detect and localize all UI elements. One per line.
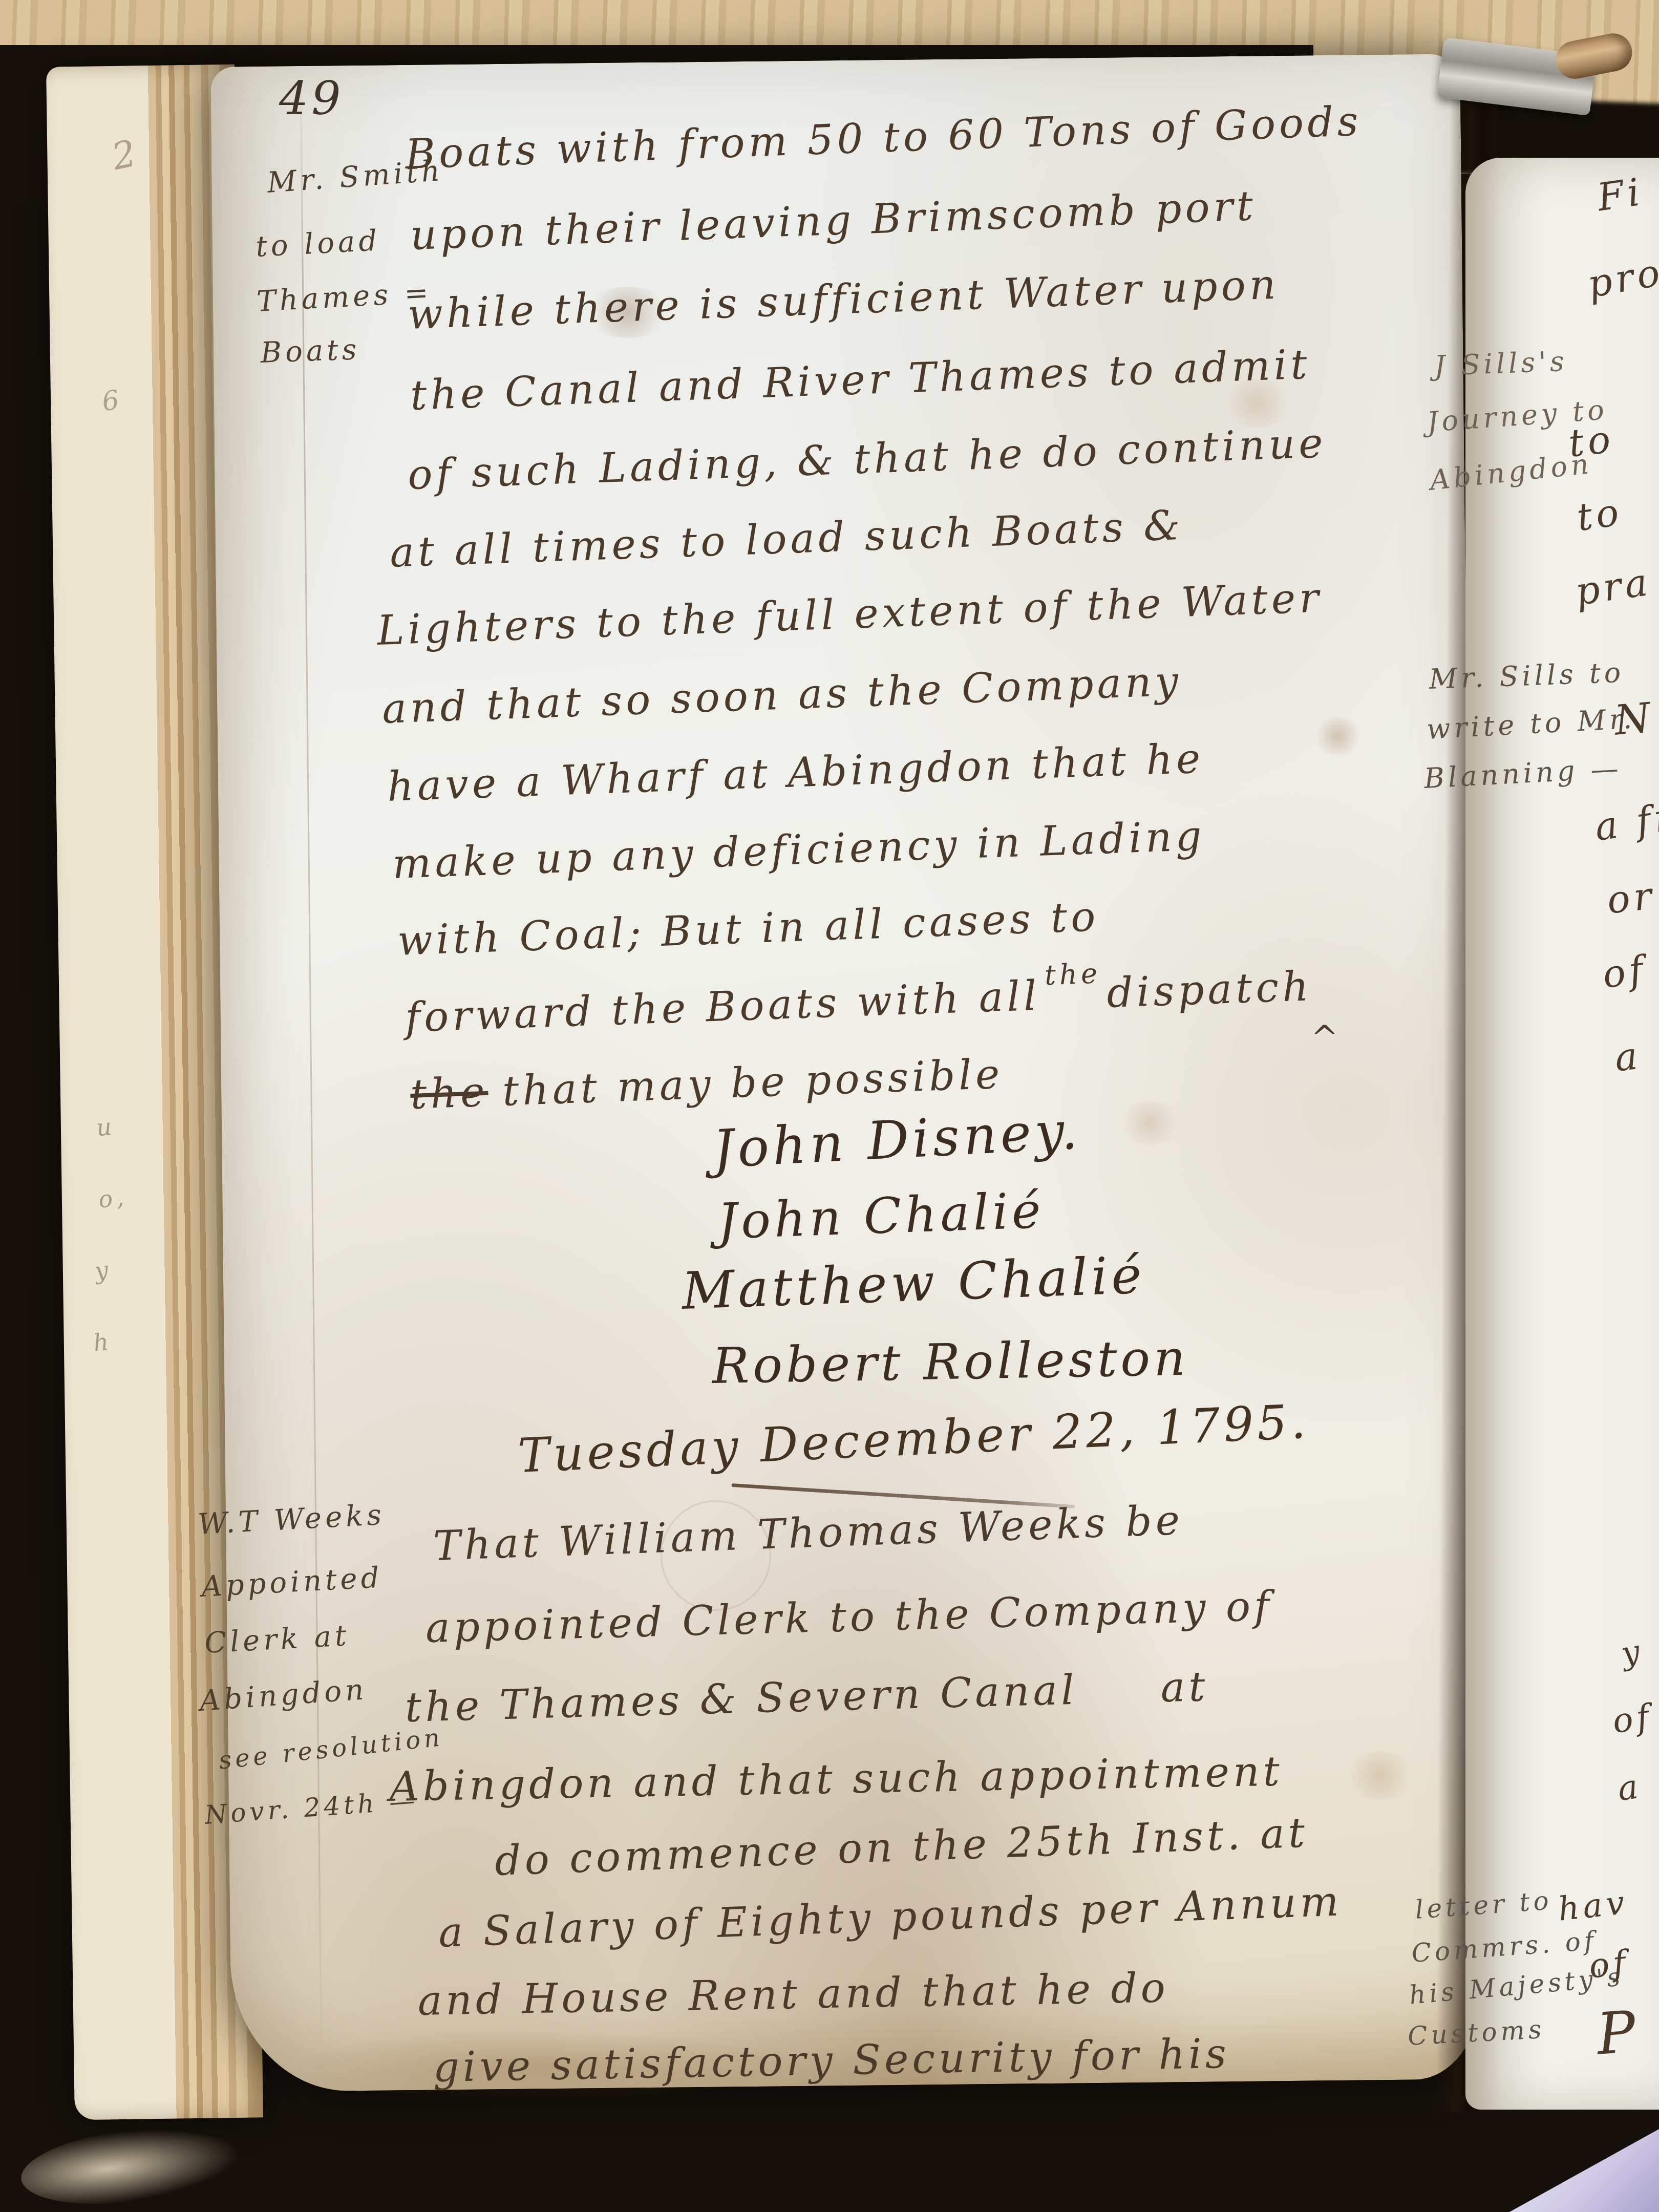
bottom-right-cloth-corner bbox=[1509, 2129, 1659, 2212]
inserted-word: the bbox=[1044, 958, 1101, 992]
text-fragment: of bbox=[1600, 950, 1649, 994]
text-fragment: to bbox=[1567, 420, 1616, 463]
struck-word: the bbox=[410, 1068, 489, 1118]
photo-of-open-minute-book: 2uo,yh6 49 Mr. Smithto loadThames =Boats… bbox=[0, 0, 1659, 2212]
text: N bbox=[1612, 693, 1656, 744]
signature: Robert Rolleston bbox=[712, 1333, 1189, 1391]
text: o, bbox=[97, 1183, 129, 1214]
text: to bbox=[1574, 490, 1625, 540]
margin-note-line: J Sills's bbox=[1434, 348, 1568, 380]
text: Mr. Sills to bbox=[1429, 656, 1625, 695]
text-fragment: or bbox=[1605, 877, 1657, 919]
text: or bbox=[1605, 874, 1657, 922]
clip-brass-tube bbox=[1553, 30, 1635, 82]
text: dispatch bbox=[1106, 962, 1313, 1017]
foxing-spot bbox=[1116, 1101, 1183, 1144]
bleedthrough-mark: y bbox=[93, 1257, 113, 1283]
text-fragment: a bbox=[1613, 1037, 1643, 1077]
text: of bbox=[1587, 1943, 1631, 1986]
text: of bbox=[1610, 1696, 1655, 1741]
text-fragment: P bbox=[1595, 2003, 1641, 2063]
text-fragment: to bbox=[1575, 493, 1625, 537]
text: hav bbox=[1556, 1884, 1630, 1929]
signature: John Chalié bbox=[717, 1186, 1045, 1246]
bleedthrough-mark: o, bbox=[97, 1185, 129, 1211]
margin-note-line: to load bbox=[255, 226, 381, 262]
bleedthrough-mark: h bbox=[92, 1329, 113, 1355]
bottom-left-page-edge bbox=[17, 2117, 244, 2212]
text: Boats bbox=[260, 333, 361, 370]
text: Fi bbox=[1594, 170, 1646, 220]
text: P bbox=[1594, 1998, 1641, 2068]
bleedthrough-mark: u bbox=[95, 1114, 116, 1140]
text-fragment: of bbox=[1610, 1699, 1655, 1738]
text: John Chalié bbox=[717, 1182, 1046, 1250]
text-fragment: N bbox=[1613, 697, 1656, 741]
text: J Sills's bbox=[1434, 345, 1568, 382]
text-fragment: a bbox=[1615, 1770, 1644, 1806]
text: to bbox=[1566, 417, 1616, 466]
text-fragment: pra bbox=[1573, 563, 1653, 611]
text: 6 bbox=[100, 384, 124, 417]
foxing-spot bbox=[1342, 1751, 1418, 1800]
bleedthrough-mark: 6 bbox=[100, 386, 124, 415]
text: a bbox=[1612, 1034, 1643, 1080]
text-fragment: hav bbox=[1557, 1886, 1629, 1926]
page-number: 49 bbox=[279, 76, 344, 122]
text: h bbox=[92, 1327, 114, 1357]
text-fragment: pro bbox=[1585, 253, 1659, 304]
text: u bbox=[95, 1112, 117, 1142]
margin-note-line: Customs bbox=[1407, 2016, 1546, 2049]
handwriting-line: ^ bbox=[1311, 1022, 1342, 1054]
margin-note-line: Clerk at bbox=[204, 1622, 351, 1658]
margin-note-line: Boats bbox=[260, 335, 360, 368]
text: ^ bbox=[1311, 1019, 1342, 1057]
text: Robert Rolleston bbox=[712, 1329, 1189, 1395]
text-fragment: of bbox=[1587, 1946, 1631, 1984]
handwriting-line: and House Rent and that he do bbox=[417, 1967, 1169, 2022]
signature: Matthew Chalié bbox=[681, 1249, 1146, 1317]
foxing-spot bbox=[1313, 717, 1362, 755]
margin-note-line: Mr. Sills to bbox=[1429, 659, 1625, 693]
text: of bbox=[1600, 947, 1649, 997]
text: to load bbox=[255, 224, 381, 264]
text-fragment: a fr bbox=[1592, 798, 1659, 846]
text-fragment: Fi bbox=[1595, 173, 1645, 217]
